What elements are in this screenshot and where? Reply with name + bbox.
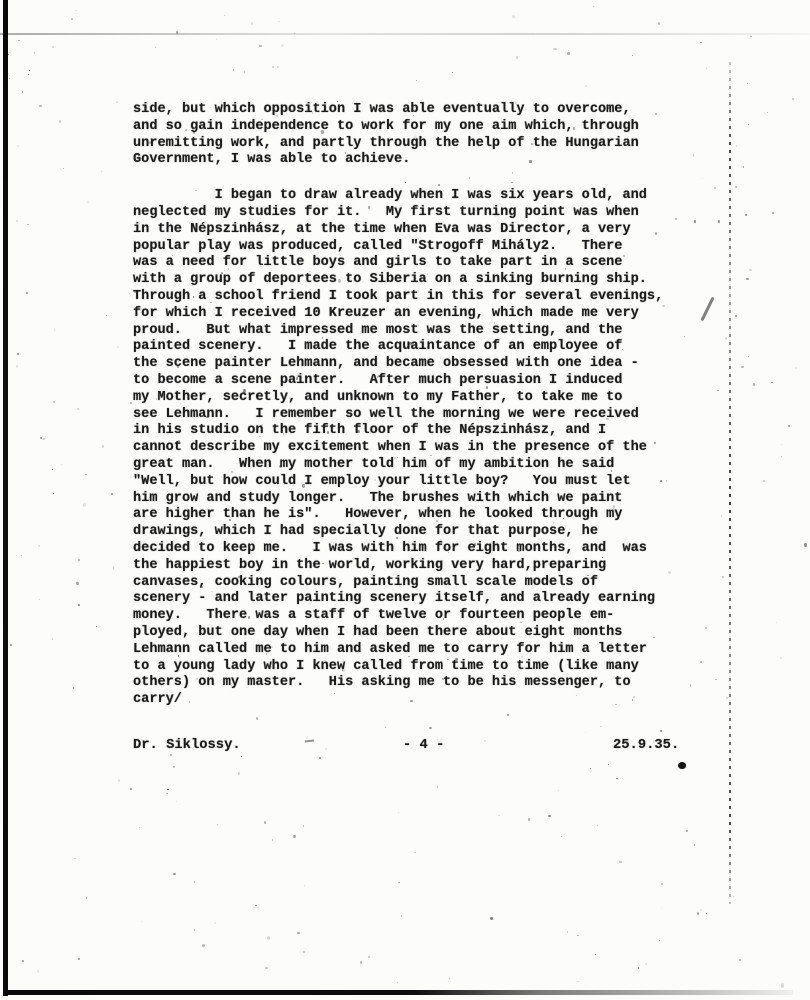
text-line: side, but which opposition I was able ev…: [133, 102, 693, 119]
text-line: others) on my master. His asking me to b…: [133, 675, 693, 692]
footer-author: Dr. Siklossy.: [133, 738, 241, 753]
text-line: see Lehmann. I remember so well the morn…: [133, 407, 693, 424]
text-line: decided to keep me. I was with him for e…: [133, 541, 693, 558]
text-line: the happiest boy in the world, working v…: [133, 558, 693, 575]
fold-smudge-mark: [700, 297, 714, 322]
paragraph-1: side, but which opposition I was able ev…: [133, 102, 693, 169]
text-line: the scene painter Lehmann, and became ob…: [133, 356, 693, 373]
scan-edge-top-line: [0, 33, 810, 35]
text-line: Lehmann called me to him and asked me to…: [133, 642, 693, 659]
text-line: Through a school friend I took part in t…: [133, 289, 693, 306]
text-line: I began to draw already when I was six y…: [133, 188, 693, 205]
footer-date: 25.9.35.: [613, 738, 679, 753]
ink-blot: [677, 761, 687, 770]
scan-edge-bottom-line: [3, 990, 793, 995]
text-line: money. There was a staff of twelve or fo…: [133, 608, 693, 625]
footer-page-number: - 4 -: [403, 738, 444, 753]
paragraph-2: I began to draw already when I was six y…: [133, 188, 693, 709]
text-line: in the Népszinhász, at the time when Eva…: [133, 222, 693, 239]
text-line: scenery - and later painting scenery its…: [133, 591, 693, 608]
text-line: was a need for little boys and girls to …: [133, 255, 693, 272]
text-line: him grow and study longer. The brushes w…: [133, 491, 693, 508]
text-line: carry/: [133, 692, 693, 709]
text-line: great man. When my mother told him of my…: [133, 457, 693, 474]
scan-edge-left-line: [3, 0, 8, 996]
text-line: popular play was produced, called "Strog…: [133, 239, 693, 256]
scanned-document-page: side, but which opposition I was able ev…: [0, 0, 810, 1000]
text-line: drawings, which I had specially done for…: [133, 524, 693, 541]
text-line: for which I received 10 Kreuzer an eveni…: [133, 306, 693, 323]
text-line: in his studio on the fifth floor of the …: [133, 423, 693, 440]
text-line: ployed, but one day when I had been ther…: [133, 625, 693, 642]
text-line: to become a scene painter. After much pe…: [133, 373, 693, 390]
text-line: with a group of deportees to Siberia on …: [133, 272, 693, 289]
text-line: unremitting work, and partly through the…: [133, 136, 693, 153]
text-line: to a young lady who I knew called from t…: [133, 659, 693, 676]
text-line: neglected my studies for it. My first tu…: [133, 205, 693, 222]
text-line: "Well, but how could I employ your littl…: [133, 474, 693, 491]
text-line: Government, I was able to achieve.: [133, 152, 693, 169]
page-footer: Dr. Siklossy. - 4 - 25.9.35.: [0, 738, 810, 758]
text-line: are higher than he is". However, when he…: [133, 507, 693, 524]
text-line: proud. But what impressed me most was th…: [133, 323, 693, 340]
text-line: painted scenery. I made the acquaintance…: [133, 339, 693, 356]
text-line: my Mother, secretly, and unknown to my F…: [133, 390, 693, 407]
text-line: cannot describe my excitement when I was…: [133, 440, 693, 457]
text-line: canvases, cooking colours, painting smal…: [133, 575, 693, 592]
text-line: and so gain independence to work for my …: [133, 119, 693, 136]
typed-text-block: side, but which opposition I was able ev…: [133, 102, 693, 709]
fold-crease-line: [729, 62, 731, 904]
